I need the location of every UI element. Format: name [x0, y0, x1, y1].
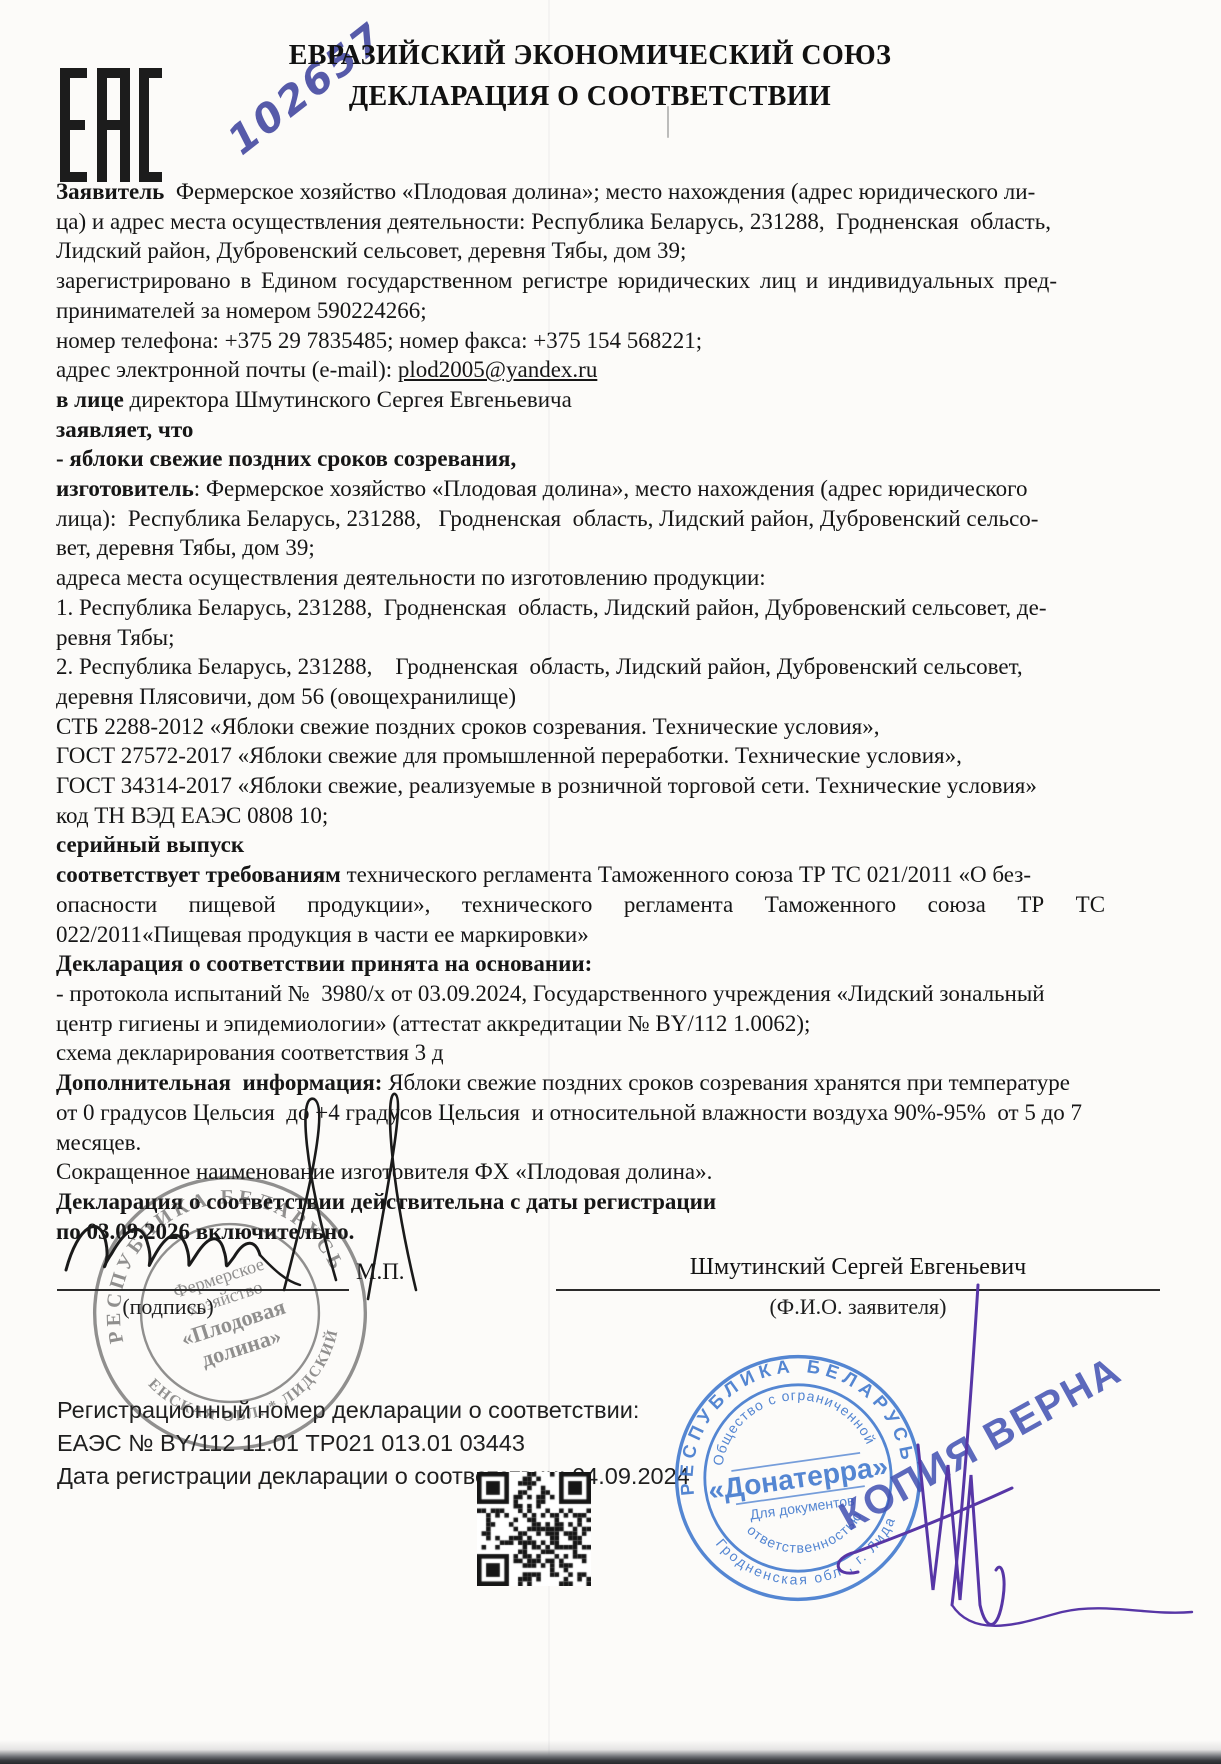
document-line: номер телефона: +375 29 7835485; номер ф…: [56, 326, 1172, 356]
document-line: ГОСТ 34314-2017 «Яблоки свежие, реализуе…: [56, 771, 1172, 801]
pen-mark-artifact: [667, 106, 669, 138]
document-line: деревня Плясовичи, дом 56 (овощехранилищ…: [56, 682, 1172, 712]
document-line: Декларация о соответствии принята на осн…: [56, 949, 1172, 979]
document-line: вет, деревня Тябы, дом 39;: [56, 533, 1172, 563]
verification-signature: [800, 1260, 1220, 1680]
eac-logo: [60, 68, 162, 182]
document-line: 1. Республика Беларусь, 231288, Гродненс…: [56, 593, 1172, 623]
document-line: 022/2011«Пищевая продукция в части ее ма…: [56, 920, 1172, 950]
document-line: лица): Республика Беларусь, 231288, Грод…: [56, 504, 1172, 534]
document-line: в лице директора Шмутинского Сергея Евге…: [56, 385, 1172, 415]
document-line: СТБ 2288-2012 «Яблоки свежие поздних сро…: [56, 712, 1172, 742]
scan-bottom-edge: [0, 1740, 1221, 1764]
page-title: ЕВРАЗИЙСКИЙ ЭКОНОМИЧЕСКИЙ СОЮЗ: [190, 40, 990, 72]
page-subtitle: ДЕКЛАРАЦИЯ О СООТВЕТСТВИИ: [190, 81, 990, 113]
document-line: заявляет, что: [56, 415, 1172, 445]
document-line: адрес электронной почты (e-mail): plod20…: [56, 355, 1172, 385]
document-line: зарегистрировано в Едином государственно…: [56, 266, 1172, 296]
document-line: принимателей за номером 590224266;: [56, 296, 1172, 326]
document-line: соответствует требованиям технического р…: [56, 860, 1172, 890]
document-line: ГОСТ 27572-2017 «Яблоки свежие для промы…: [56, 741, 1172, 771]
document-line: схема декларирования соответствия 3 д: [56, 1038, 1172, 1068]
document-line: ца) и адрес места осуществления деятельн…: [56, 207, 1172, 237]
document-line: код ТН ВЭД ЕАЭС 0808 10;: [56, 801, 1172, 831]
document-line: центр гигиены и эпидемиологии» (аттестат…: [56, 1009, 1172, 1039]
scanned-declaration-page: 102657 ЕВРАЗИЙСКИЙ ЭКОНОМИЧЕСКИЙ СОЮЗ ДЕ…: [0, 0, 1221, 1764]
qr-code: [477, 1472, 591, 1586]
applicant-signature: [48, 1085, 468, 1315]
title-block: ЕВРАЗИЙСКИЙ ЭКОНОМИЧЕСКИЙ СОЮЗ ДЕКЛАРАЦИ…: [190, 40, 990, 113]
document-line: опасности пищевой продукции», техническо…: [56, 890, 1172, 920]
document-line: - протокола испытаний № 3980/х от 03.09.…: [56, 979, 1172, 1009]
document-line: - яблоки свежие поздних сроков созревани…: [56, 444, 1172, 474]
document-line: Лидский район, Дубровенский сельсовет, д…: [56, 236, 1172, 266]
document-line: Заявитель Фермерское хозяйство «Плодовая…: [56, 177, 1172, 207]
document-line: адреса места осуществления деятельности …: [56, 563, 1172, 593]
document-line: 2. Республика Беларусь, 231288, Гродненс…: [56, 652, 1172, 682]
document-line: серийный выпуск: [56, 830, 1172, 860]
document-line: изготовитель: Фермерское хозяйство «Плод…: [56, 474, 1172, 504]
document-line: ревня Тябы;: [56, 623, 1172, 653]
